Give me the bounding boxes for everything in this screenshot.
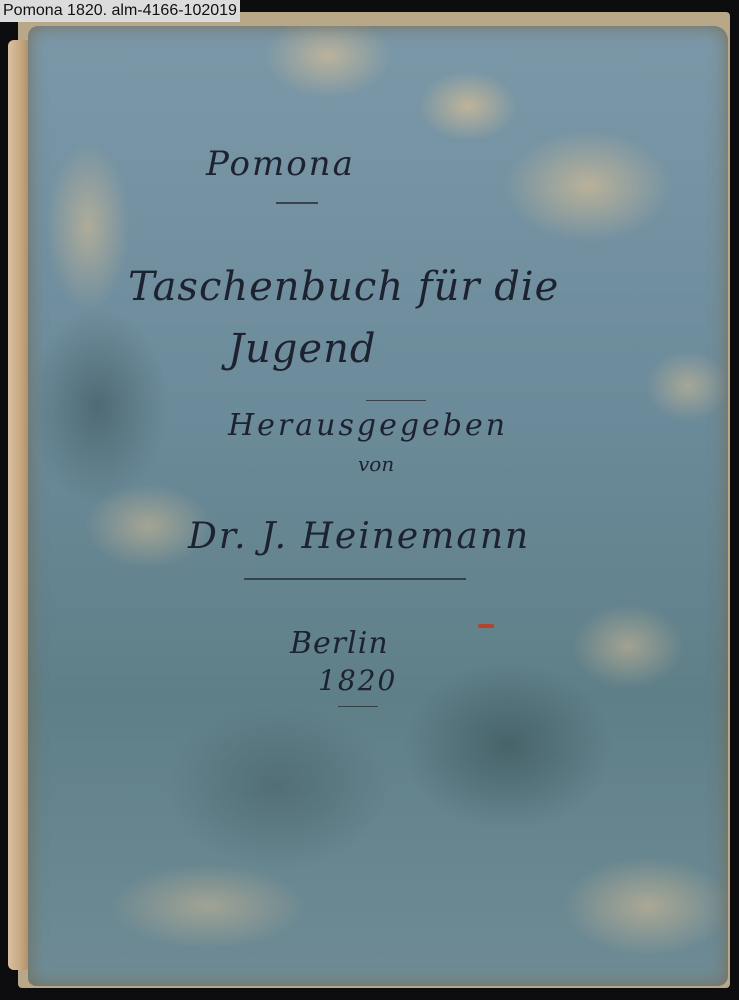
cover-editor-by: von [358, 452, 394, 476]
cover-editor-name: Dr. J. Heinemann [188, 516, 530, 557]
red-ink-mark [478, 624, 494, 628]
subtitle-divider [366, 400, 426, 401]
cover-subtitle-line1: Taschenbuch für die [128, 264, 559, 310]
cover-title: Pomona [206, 144, 355, 184]
book-cover: Pomona Taschenbuch für die Jugend Heraus… [28, 26, 728, 986]
title-divider [276, 202, 318, 204]
image-caption-label: Pomona 1820. alm-4166-102019 [0, 0, 240, 22]
cover-year: 1820 [318, 664, 397, 697]
cover-editor-intro: Herausgegeben [228, 408, 508, 443]
cover-subtitle-line2: Jugend [228, 326, 376, 372]
editor-divider [244, 578, 466, 580]
cover-place: Berlin [290, 626, 389, 661]
year-flourish [338, 706, 378, 707]
